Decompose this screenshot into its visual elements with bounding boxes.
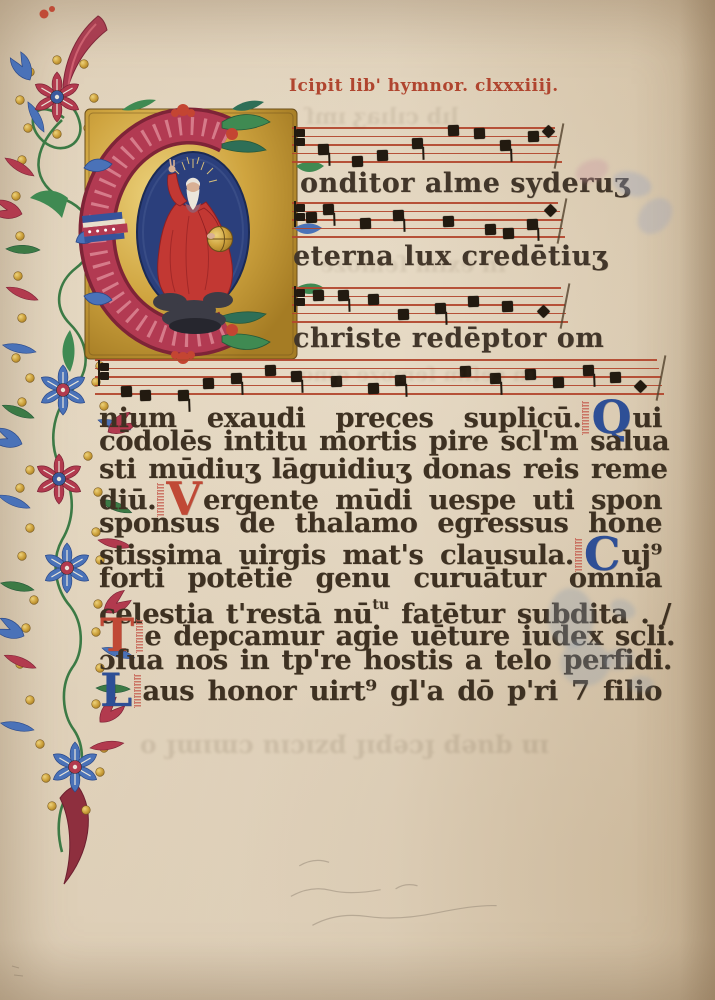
gold-besant [22, 624, 31, 633]
gold-besant [26, 466, 35, 475]
text-run: forti potētie genu curuātur omnia [99, 562, 662, 594]
stave-line [292, 287, 561, 289]
text-line: ɔſua nos in tp're hostis a telo perfidi. [99, 647, 662, 674]
text-line: sponsus de thalamo egressus hone [99, 510, 662, 537]
versal-initial-red: V [165, 489, 203, 509]
versal-initial-red: T [99, 625, 135, 645]
stave-line [292, 219, 562, 221]
neume-note [265, 365, 276, 376]
neume-note [393, 210, 404, 221]
neume-note [537, 305, 551, 319]
gold-besant [16, 484, 25, 493]
text-line: Laus honor uirt⁹ gl'a dō p'ri 7 filio [99, 674, 662, 701]
gold-besant [84, 452, 93, 461]
vine-leaf [0, 490, 30, 513]
gold-besant [26, 696, 35, 705]
gold-besant [24, 124, 33, 133]
versal-initial-blue: Q [590, 407, 632, 427]
gold-besant [26, 524, 35, 533]
neume-note [318, 144, 329, 155]
neume-note [448, 125, 459, 136]
illuminated-initial-C [82, 104, 307, 366]
neume-note [460, 366, 471, 377]
stave-line [292, 296, 563, 298]
gold-besant [53, 130, 62, 139]
rosette-flower-blue [43, 543, 91, 593]
music-stave [292, 127, 555, 163]
neume-note [435, 303, 446, 314]
tulip-bud [0, 198, 24, 222]
neume-note [634, 380, 648, 394]
superscript-gloss: tu [372, 592, 389, 618]
gold-besant [42, 774, 51, 783]
gold-besant [14, 272, 23, 281]
penwork-flourish [134, 674, 141, 708]
stave-line [292, 228, 563, 230]
gold-besant [26, 374, 35, 383]
gold-besant [48, 802, 57, 811]
text-run: sponsus de thalamo egressus hone [99, 507, 662, 539]
neume-note [377, 150, 388, 161]
tulip-bud [8, 51, 38, 85]
neume-note [583, 365, 594, 376]
music-stave [292, 287, 561, 323]
neume-note [502, 301, 513, 312]
text-run: ɔſua nos in tp're hostis a telo perfidi. [99, 644, 672, 676]
stave-line [292, 304, 565, 306]
rosette-flower-red [33, 72, 81, 122]
initial-collar [82, 211, 129, 242]
neume-note [398, 309, 409, 320]
gold-besant [12, 192, 21, 201]
vine-leaf [1, 713, 34, 740]
neume-note [352, 156, 363, 167]
neume-note [500, 140, 511, 151]
neume-note [360, 218, 371, 229]
clef-mark [295, 289, 305, 309]
neume-note [525, 369, 536, 380]
rosette-flower-blue [39, 365, 87, 415]
neume-note [544, 204, 558, 218]
neume-note [323, 204, 334, 215]
text-line: cōdolēs intitu mortis pire scl'm salua [99, 428, 662, 455]
hymn-line-2: eterna lux credētiuʒ [293, 241, 608, 272]
vine-leaf [4, 650, 36, 673]
neume-note [338, 290, 349, 301]
text-line: Te depcamur agie uēture iudex scli. [99, 619, 662, 646]
clef-mark [99, 363, 109, 383]
gold-besant [96, 768, 105, 777]
neume-note [291, 371, 302, 382]
manuscript-page: Icipit lib' hymnor. clxxxiiij. onditor a… [0, 0, 715, 1000]
neume-note [412, 138, 423, 149]
hymn-line-3: christe redēptor om [293, 323, 604, 354]
neume-note [610, 372, 621, 383]
neume-note [368, 383, 379, 394]
neume-note [553, 377, 564, 388]
stave-line [95, 359, 657, 361]
neume-note [503, 228, 514, 239]
vine-leaf [6, 282, 38, 305]
stave-line [95, 376, 661, 378]
neume-note [368, 294, 379, 305]
neume-note [528, 131, 539, 142]
rosette-flower-red [35, 454, 83, 504]
music-stave [95, 359, 657, 395]
gold-besant [16, 96, 25, 105]
neume-note [331, 376, 342, 387]
gold-besant [82, 806, 91, 815]
gold-besant [90, 94, 99, 103]
neume-note [178, 390, 189, 401]
gold-besant [18, 552, 27, 561]
stave-line [292, 236, 565, 238]
stave-line [292, 161, 562, 163]
tulip-bud [0, 426, 25, 452]
versal-initial-blue: C [583, 544, 622, 564]
rubric-incipit: Icipit lib' hymnor. clxxxiiij. [289, 76, 559, 96]
gold-besant [30, 596, 39, 605]
neume-note [474, 128, 485, 139]
corner-marks [12, 966, 23, 976]
neume-note [395, 375, 406, 386]
neume-note [485, 224, 496, 235]
stave-line [292, 136, 557, 138]
gold-besant [18, 314, 27, 323]
neume-note [490, 373, 501, 384]
neume-note [231, 373, 242, 384]
text-run: aus honor uirt⁹ gl'a dō p'ri 7 filio [142, 675, 662, 707]
gold-besant [16, 232, 25, 241]
text-line: nium exaudi preces suplicū.Qui [99, 401, 662, 428]
versal-initial-blue: L [99, 680, 133, 700]
stave-line [292, 153, 560, 155]
text-line: diū.Vergente mūdi uespe uti spon [99, 483, 662, 510]
gold-besant [18, 398, 27, 407]
rosette-flower-blue [51, 742, 99, 792]
clef-mark [295, 129, 305, 149]
stave-line [292, 127, 555, 129]
neume-note [313, 290, 324, 301]
neume-note [527, 219, 538, 230]
vine-leaf [1, 573, 34, 600]
text-line: forti potētie genu curuātur omnia [99, 565, 662, 592]
pencil-inscription [289, 851, 497, 926]
neume-note [468, 296, 479, 307]
stave-line [292, 313, 566, 315]
hymn-line-1: onditor alme syderuʒ [300, 168, 630, 199]
neume-note [306, 212, 317, 223]
text-line: stissima uirgis mat's clausula.Cuj⁹ [99, 538, 662, 565]
gold-besant [36, 740, 45, 749]
music-stave [292, 202, 558, 238]
neume-note [121, 386, 132, 397]
clef-mark [295, 204, 305, 224]
text-line: celestia t'restā nūtu fatētur subdita . … [99, 592, 662, 619]
neume-note [443, 216, 454, 227]
stave-line [95, 368, 659, 370]
neume-note [203, 378, 214, 389]
acanthus-leaf-bottom [60, 786, 88, 884]
stave-line [292, 144, 559, 146]
gold-besant [12, 354, 21, 363]
gold-besant [80, 60, 89, 69]
neume-note [140, 390, 151, 401]
gold-besant [53, 56, 62, 65]
